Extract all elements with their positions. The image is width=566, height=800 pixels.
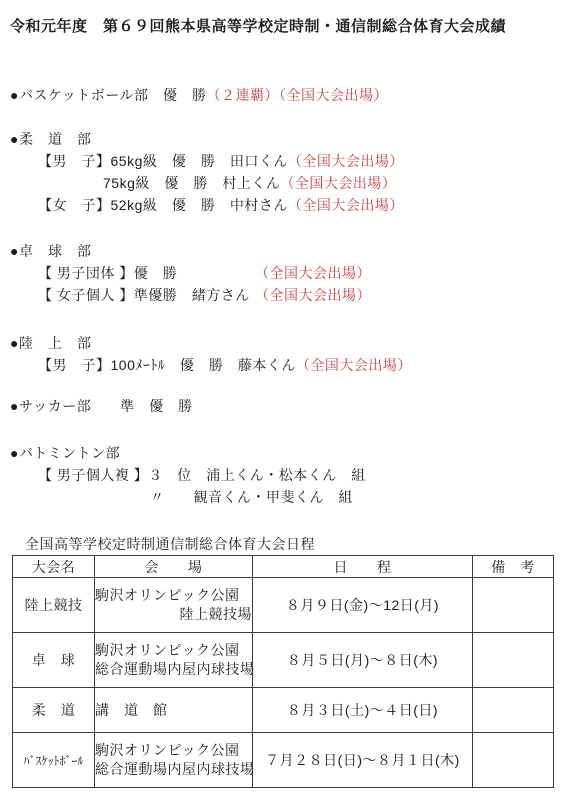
result-text: 75kg級 優 勝 村上くん [103,175,280,191]
venue-cell: 講 道 館 [95,688,253,733]
dates-cell: ８月５日(月)～８日(木) [253,633,473,688]
venue-cell: 駒沢オリンピック公園総合運動場内屋内球技場 [95,733,253,788]
result-line: 【男 子】100ﾒｰﾄﾙ 優 勝 藤本くん（全国大会出場） [0,354,566,376]
page-title: 令和元年度 第６９回熊本県高等学校定時制・通信制総合体育大会成績 [0,16,566,38]
notes-cell [473,578,554,633]
result-line: 【 男子団体 】優 勝（全国大会出場） [0,262,566,284]
result-line: ●卓 球 部 [0,240,566,262]
schedule-row: 柔 道講 道 館８月３日(土)～４日(日) [13,688,554,733]
venue-line: 総合運動場内屋内球技場 [95,660,252,679]
result-line: 【女 子】52kg級 優 勝 中村さん（全国大会出場） [0,194,566,216]
national-tournament-note: （全国大会出場） [288,197,404,213]
result-text: 【 男子団体 】優 勝 [38,265,177,281]
venue-line: 総合運動場内屋内球技場 [95,760,252,779]
schedule-header-row: 大会名会 場日 程備 考 [13,556,554,578]
venue-line: 駒沢オリンピック公園 [95,641,252,660]
national-tournament-note: （全国大会出場） [296,357,412,373]
column-header: 日 程 [253,556,473,578]
column-header: 会 場 [95,556,253,578]
national-tournament-note: （全国大会出場） [280,175,396,191]
venue-line: 講 道 館 [95,701,252,720]
result-line: 75kg級 優 勝 村上くん（全国大会出場） [0,172,566,194]
result-text: ●バトミントン部 [10,445,120,461]
venue-line: 駒沢オリンピック公園 [95,586,252,605]
schedule-row: ﾊﾞｽｹｯﾄﾎﾞｰﾙ駒沢オリンピック公園総合運動場内屋内球技場７月２８日(日)～… [13,733,554,788]
column-header: 大会名 [13,556,95,578]
column-header: 備 考 [473,556,554,578]
result-line: ●バスケットボール部 優 勝（２連覇）（全国大会出場） [0,84,566,106]
event-name-cell: 陸上競技 [13,578,95,633]
schedule-title: 全国高等学校定時制通信制総合体育大会日程 [0,533,566,555]
venue-line: 駒沢オリンピック公園 [95,741,252,760]
venue-cell: 駒沢オリンピック公園陸上競技場 [95,578,253,633]
national-tournament-note: （全国大会出場） [279,87,388,103]
national-tournament-note: （全国大会出場） [255,262,371,284]
result-text: 【男 子】100ﾒｰﾄﾙ 優 勝 藤本くん [38,357,296,373]
event-name-cell: ﾊﾞｽｹｯﾄﾎﾞｰﾙ [13,733,95,788]
event-name-cell: 柔 道 [13,688,95,733]
result-line: ●サッカー部 準 優 勝 [0,395,566,417]
result-text: ●バスケットボール部 優 勝 [10,87,206,103]
dates-cell: ８月３日(土)～４日(日) [253,688,473,733]
result-text: 【女 子】52kg級 優 勝 中村さん [38,197,288,213]
dates-cell: ８月９日(金)～12日(月) [253,578,473,633]
national-tournament-note: （全国大会出場） [288,153,404,169]
result-line: 【 女子個人 】準優勝 緒方さん（全国大会出場） [0,284,566,306]
result-text: ●陸 上 部 [10,335,91,351]
notes-cell [473,733,554,788]
result-text: ●柔 道 部 [10,131,91,147]
results-list: ●バスケットボール部 優 勝（２連覇）（全国大会出場）●柔 道 部【男 子】65… [0,84,566,508]
result-text: 【男 子】65kg級 優 勝 田口くん [38,153,288,169]
schedule-table: 大会名会 場日 程備 考 陸上競技駒沢オリンピック公園陸上競技場８月９日(金)～… [12,555,554,788]
result-text: ●サッカー部 準 優 勝 [10,398,193,414]
venue-line: 陸上競技場 [95,605,252,624]
result-line: 〃 観音くん・甲斐くん 組 [0,486,566,508]
result-text: 【 女子個人 】準優勝 緒方さん [38,287,250,303]
result-line: ●柔 道 部 [0,128,566,150]
notes-cell [473,633,554,688]
schedule-row: 陸上競技駒沢オリンピック公園陸上競技場８月９日(金)～12日(月) [13,578,554,633]
schedule-row: 卓 球駒沢オリンピック公園総合運動場内屋内球技場８月５日(月)～８日(木) [13,633,554,688]
result-line: 【男 子】65kg級 優 勝 田口くん（全国大会出場） [0,150,566,172]
venue-cell: 駒沢オリンピック公園総合運動場内屋内球技場 [95,633,253,688]
result-line: ●バトミントン部 [0,442,566,464]
result-line: ●陸 上 部 [0,332,566,354]
schedule-table-body: 陸上競技駒沢オリンピック公園陸上競技場８月９日(金)～12日(月)卓 球駒沢オリ… [13,578,554,788]
national-tournament-note: （２連覇） [206,87,279,103]
result-text: ●卓 球 部 [10,243,91,259]
result-line: 【 男子個人複 】３ 位 浦上くん・松本くん 組 [0,464,566,486]
notes-cell [473,688,554,733]
event-name-cell: 卓 球 [13,633,95,688]
result-text: 【 男子個人複 】３ 位 浦上くん・松本くん 組 [38,467,366,483]
document-page: 令和元年度 第６９回熊本県高等学校定時制・通信制総合体育大会成績 ●バスケットボ… [0,0,566,800]
dates-cell: ７月２８日(日)～８月１日(木) [253,733,473,788]
result-text: 〃 観音くん・甲斐くん 組 [150,489,353,505]
national-tournament-note: （全国大会出場） [255,284,371,306]
